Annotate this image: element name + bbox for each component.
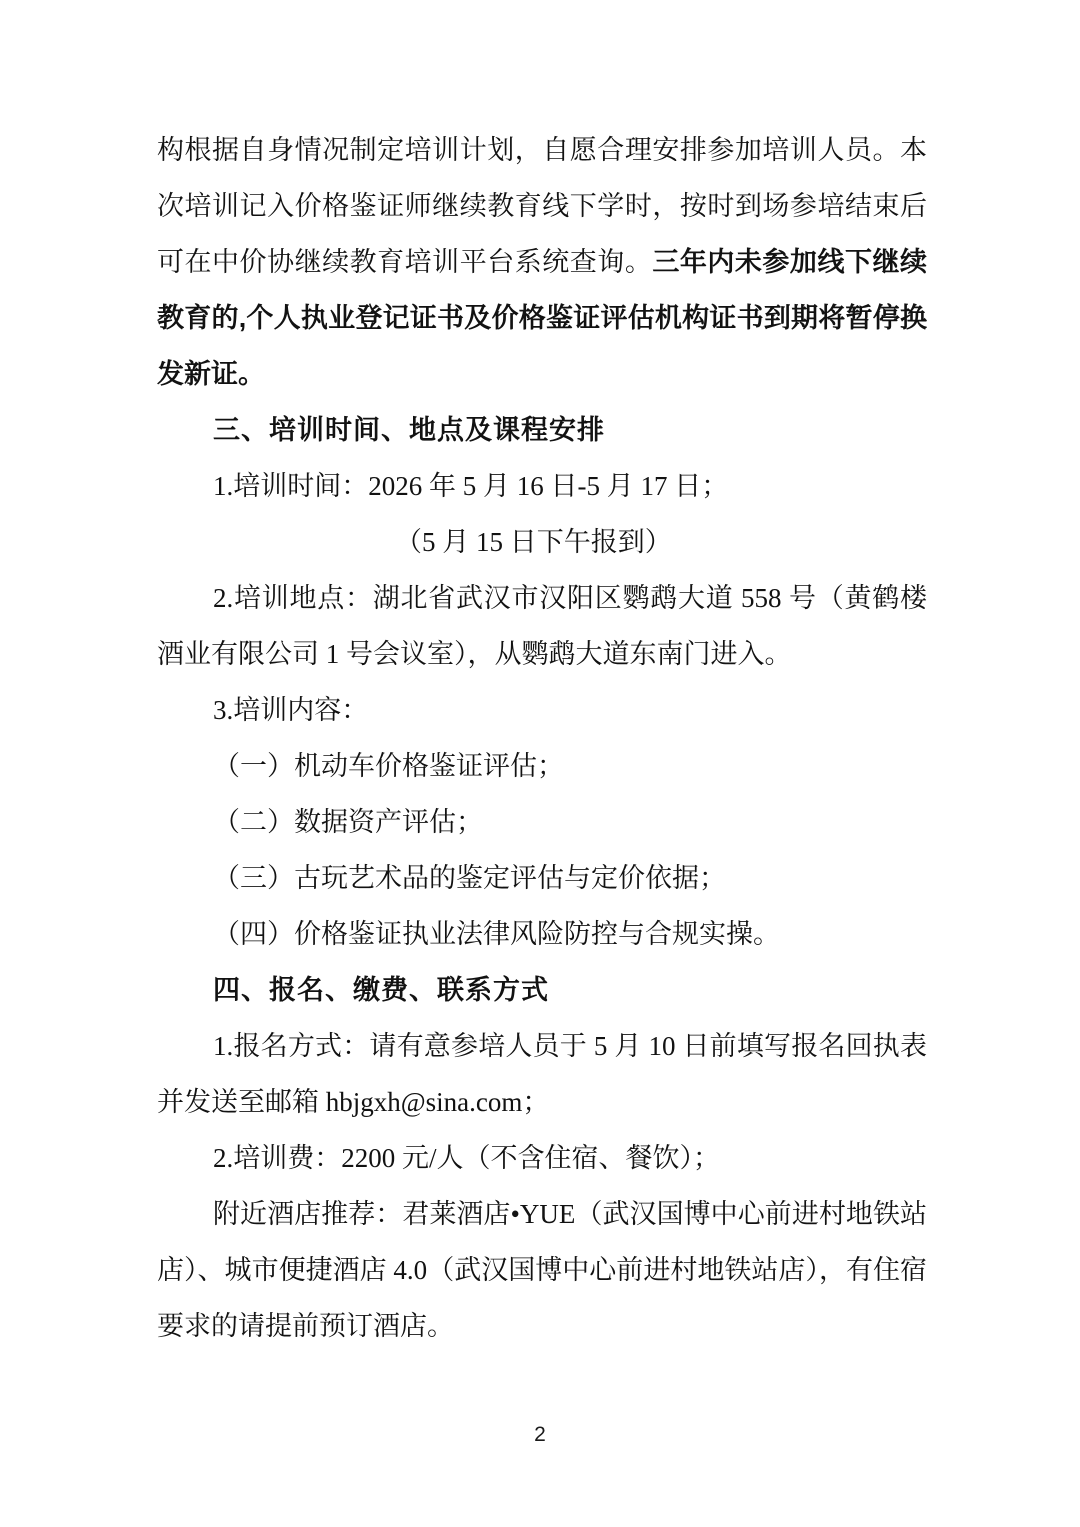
document-page: 构根据自身情况制定培训计划，自愿合理安排参加培训人员。本次培训记入价格鉴证师继续… [0, 0, 1080, 1527]
section4-item-training-fee: 2.培训费：2200 元/人（不含住宿、餐饮）； [157, 1130, 927, 1186]
section3-heading: 三、培训时间、地点及课程安排 [157, 402, 927, 458]
course-item-3: （三）古玩艺术品的鉴定评估与定价依据； [157, 850, 927, 906]
section3-item-training-time: 1.培训时间：2026 年 5 月 16 日-5 月 17 日； [157, 458, 927, 514]
section4-item-signup-method: 1.报名方式：请有意参培人员于 5 月 10 日前填写报名回执表并发送至邮箱 h… [157, 1018, 927, 1130]
page-number: 2 [0, 1423, 1080, 1447]
section3-item-checkin-note: （5 月 15 日下午报到） [157, 514, 927, 570]
course-item-4: （四）价格鉴证执业法律风险防控与合规实操。 [157, 906, 927, 962]
section4-item-hotel-recommendation: 附近酒店推荐：君莱酒店•YUE（武汉国博中心前进村地铁站店）、城市便捷酒店 4.… [157, 1186, 927, 1354]
course-item-1: （一）机动车价格鉴证评估； [157, 738, 927, 794]
course-item-2: （二）数据资产评估； [157, 794, 927, 850]
section4-heading: 四、报名、缴费、联系方式 [157, 962, 927, 1018]
paragraph-continuation: 构根据自身情况制定培训计划，自愿合理安排参加培训人员。本次培训记入价格鉴证师继续… [157, 122, 927, 402]
document-body: 构根据自身情况制定培训计划，自愿合理安排参加培训人员。本次培训记入价格鉴证师继续… [157, 122, 927, 1354]
section3-item-training-location: 2.培训地点：湖北省武汉市汉阳区鹦鹉大道 558 号（黄鹤楼酒业有限公司 1 号… [157, 570, 927, 682]
section3-item-training-content-label: 3.培训内容： [157, 682, 927, 738]
